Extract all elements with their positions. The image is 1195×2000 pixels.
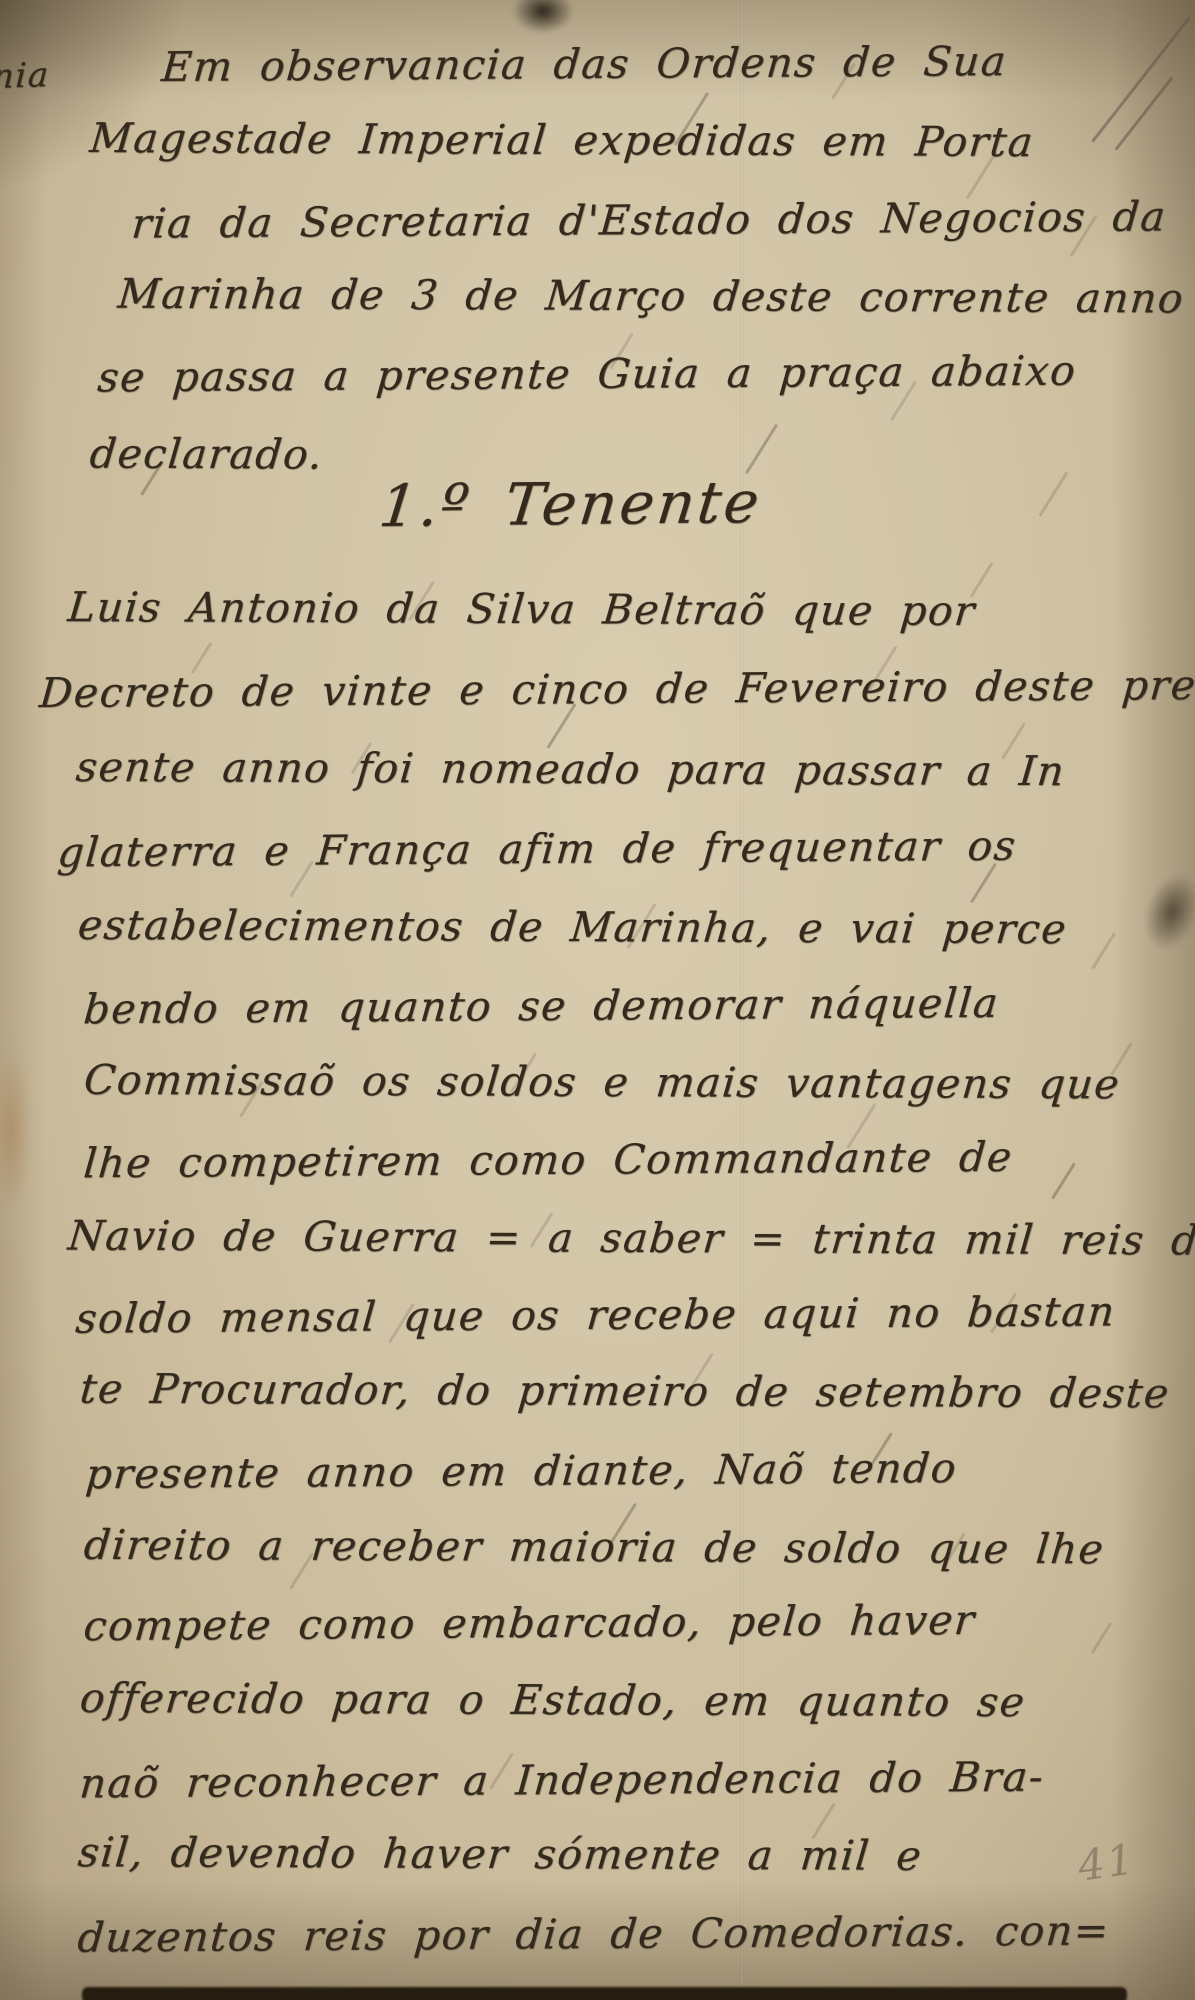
pencil-check-stroke [1091,16,1191,142]
manuscript-line: te Procurador, do primeiro de setembro d… [78,1365,1172,1418]
manuscript-line: Commissaõ os soldos e mais vantagens que [82,1056,1122,1109]
manuscript-line: Luis Antonio da Silva Beltraõ que por [66,583,978,635]
manuscript-line: Decreto de vinte e cinco de Fevereiro de… [38,661,1195,717]
manuscript-line: Magestade Imperial expedidas em Porta [88,114,1036,166]
scan-shadow-strip [82,1987,1127,2000]
manuscript-line: direito a receber maioria de soldo que l… [82,1521,1107,1573]
manuscript-line: naõ reconhecer a Independencia do Bra- [78,1753,1046,1808]
manuscript-line: estabelecimentos de Marinha, e vai perce [76,901,1069,953]
pencil-folio-number: 41 [1075,1834,1139,1891]
bleed-through-mark [745,424,778,475]
manuscript-line: offerecido para o Estado, em quanto se [78,1674,1028,1726]
pencil-check-stroke [1114,76,1173,150]
bleed-through-mark [1091,932,1116,969]
manuscript-line: Navio de Guerra = a saber = trinta mil r… [66,1211,1195,1264]
manuscript-line: bendo em quanto se demorar náquella [82,979,1001,1033]
manuscript-line: duzentos reis por dia de Comedorias. con… [76,1906,1112,1961]
manuscript-line: Marinha de 3 de Março deste corrente ann… [116,270,1186,323]
ink-smudge [1134,866,1195,959]
manuscript-line: sente anno foi nomeado para passar a In [74,743,1067,795]
manuscript-line: sil, devendo haver sómente a mil e [76,1828,925,1880]
manuscript-line: lhe competirem como Commandante de [82,1133,1015,1187]
manuscript-line: ria da Secretaria d'Estado dos Negocios … [130,192,1169,247]
manuscript-line: declarado. [88,429,326,478]
manuscript-line: se passa a presente Guia a praça abaixo [96,347,1079,402]
bleed-through-mark [1051,1162,1076,1199]
manuscript-line: soldo mensal que os recebe aqui no basta… [74,1287,1118,1342]
rank-heading: 1.º Tenente [376,468,765,540]
manuscript-line: glaterra e França afim de frequentar os [56,822,1019,877]
foxing-stain [0,1050,32,1210]
manuscript-line: presente anno em diante, Naõ tendo [84,1444,959,1498]
ink-smudge [512,0,574,34]
gutter-word-fragment: nia [0,55,51,97]
manuscript-line: compete como embarcado, pelo haver [82,1596,977,1650]
bleed-through-mark [1038,471,1068,517]
bleed-through-mark [1091,1622,1113,1654]
manuscript-line: Em observancia das Ordens de Sua [160,37,1009,91]
manuscript-page: 41 nia Em observancia das Ordens de Sua … [0,0,1195,2000]
